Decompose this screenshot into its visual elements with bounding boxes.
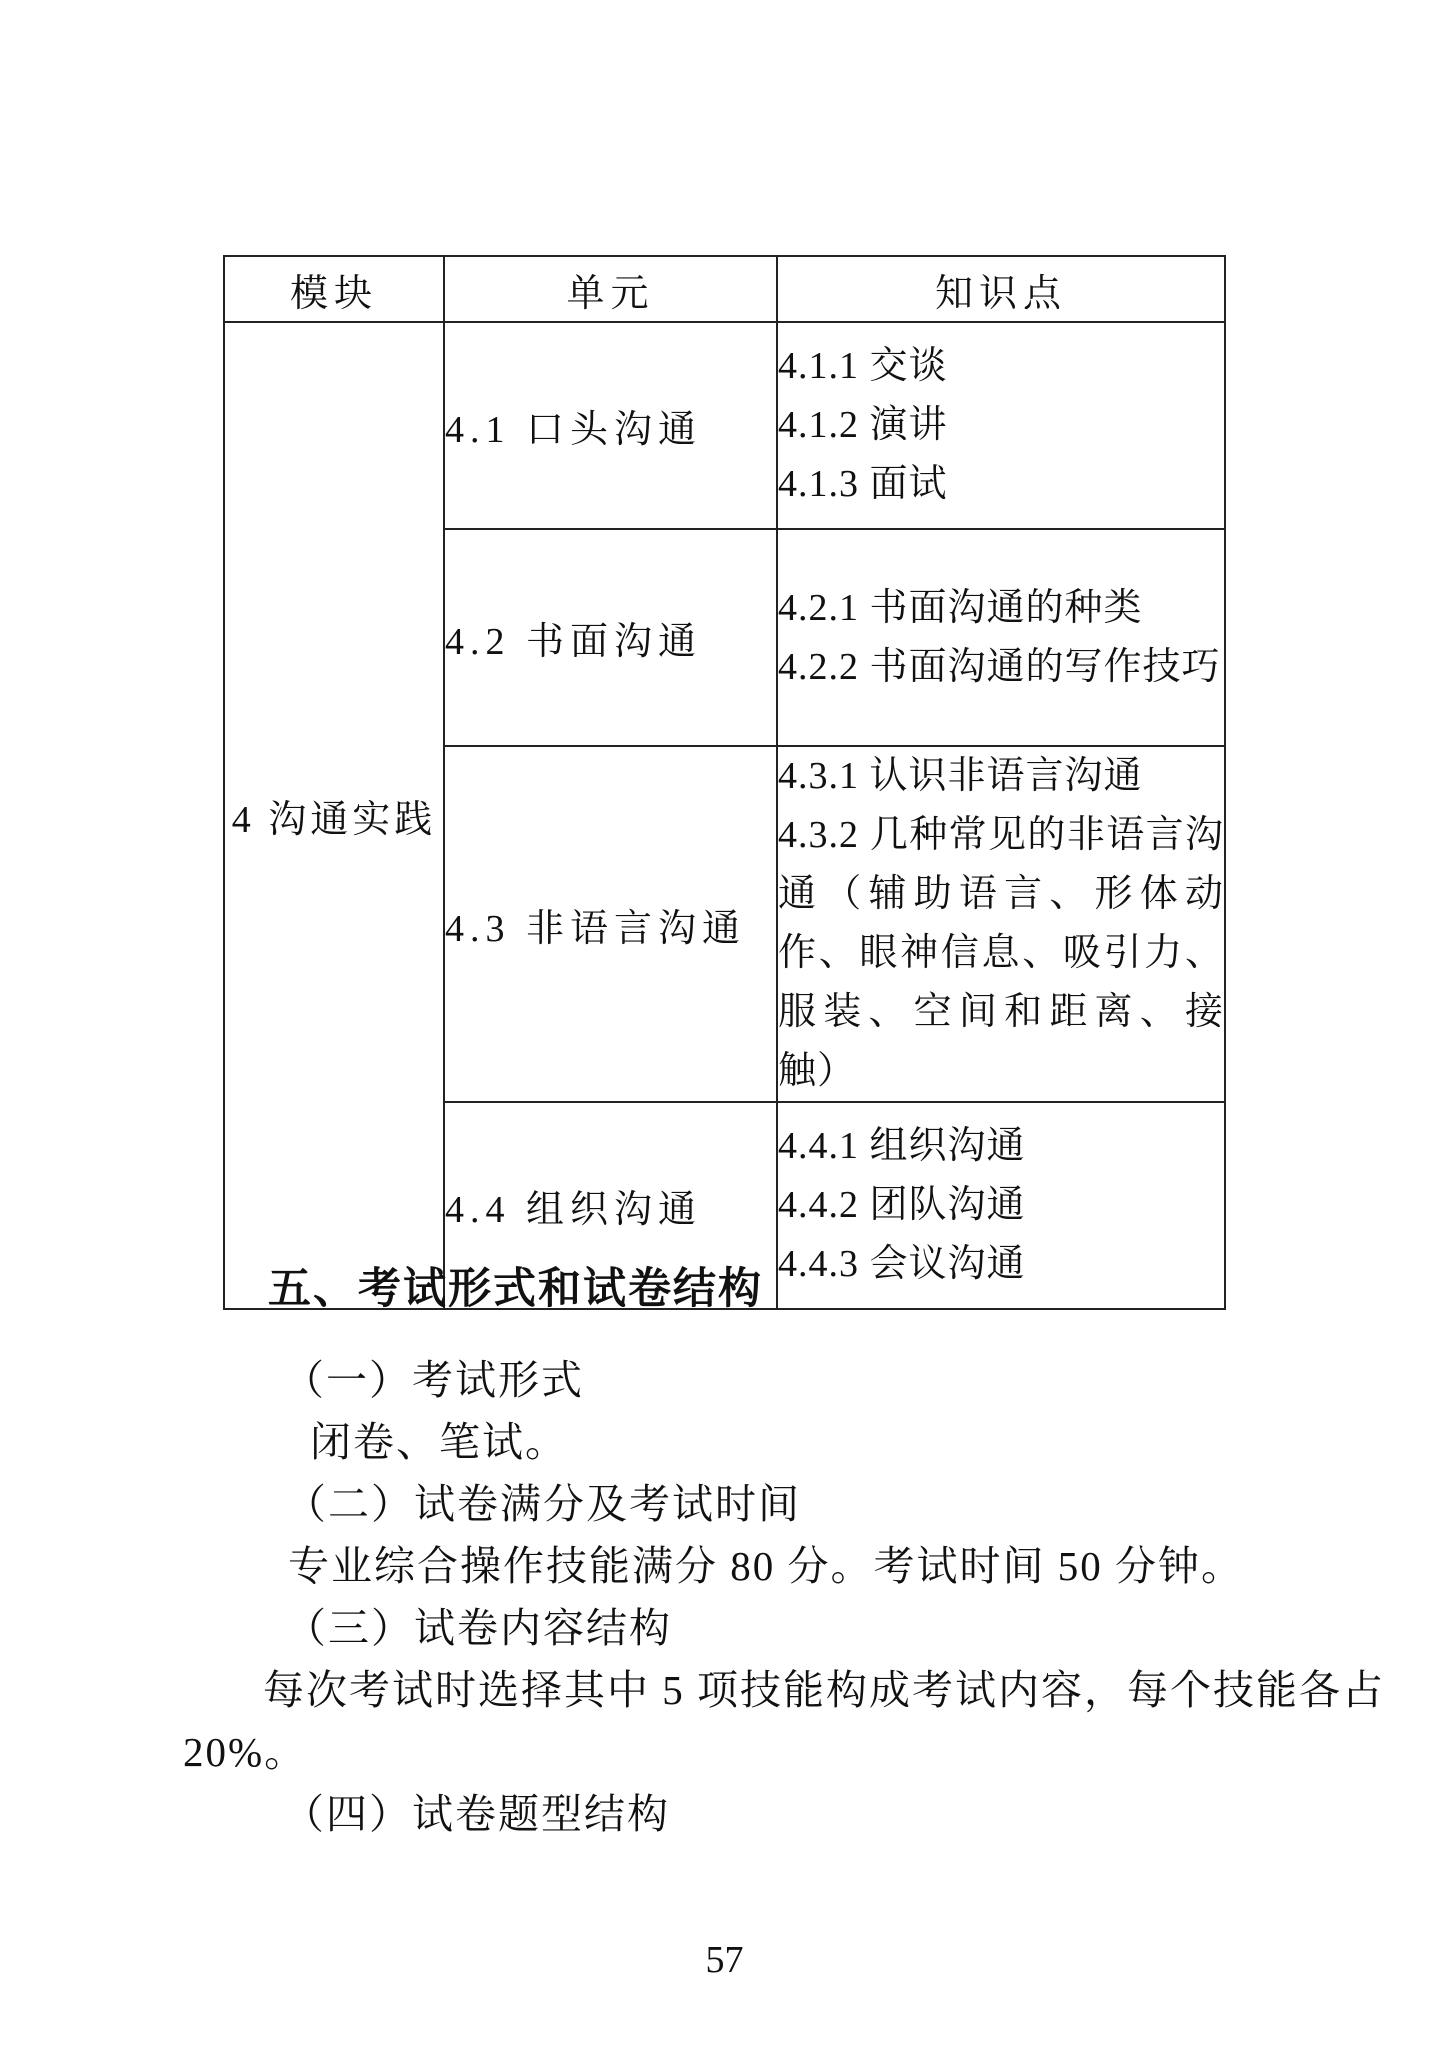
body-line: 专业综合操作技能满分 80 分。考试时间 50 分钟。 (288, 1541, 1244, 1591)
knowledge-cell: 4.4.1 组织沟通 4.4.2 团队沟通 4.4.3 会议沟通 (777, 1102, 1225, 1309)
document-page: 模块 单元 知识点 4 沟通实践 4.1 口头沟通 4.1.1 交谈 4.1.2… (0, 0, 1449, 2048)
subsection-label: （一）考试形式 (283, 1355, 584, 1405)
col-header-module: 模块 (224, 256, 444, 322)
module-cell: 4 沟通实践 (224, 322, 444, 1309)
subsection-label: （二）试卷满分及考试时间 (285, 1479, 801, 1529)
unit-cell: 4.1 口头沟通 (444, 322, 777, 529)
unit-cell: 4.3 非语言沟通 (444, 746, 777, 1102)
knowledge-cell: 4.1.1 交谈 4.1.2 演讲 4.1.3 面试 (777, 322, 1225, 529)
knowledge-point: 4.1.1 交谈 (778, 337, 1224, 396)
body-line: 闭卷、笔试。 (310, 1417, 568, 1467)
subsection-label: （四）试卷题型结构 (283, 1789, 670, 1839)
knowledge-point: 4.3.1 认识非语言沟通 (778, 747, 1224, 806)
knowledge-point: 4.2.2 书面沟通的写作技巧 (778, 638, 1224, 697)
knowledge-point: 4.4.2 团队沟通 (778, 1176, 1224, 1235)
knowledge-point: 4.4.3 会议沟通 (778, 1235, 1224, 1294)
body-line: 每次考试时选择其中 5 项技能构成考试内容，每个技能各占 (263, 1665, 1385, 1715)
unit-cell: 4.2 书面沟通 (444, 529, 777, 746)
knowledge-point: 4.2.1 书面沟通的种类 (778, 579, 1224, 638)
knowledge-point: 4.1.2 演讲 (778, 396, 1224, 455)
knowledge-cell: 4.3.1 认识非语言沟通 4.3.2 几种常见的非语言沟通（辅助语言、形体动作… (777, 746, 1225, 1102)
knowledge-cell: 4.2.1 书面沟通的种类 4.2.2 书面沟通的写作技巧 (777, 529, 1225, 746)
table-header-row: 模块 单元 知识点 (224, 256, 1225, 322)
page-number: 57 (0, 1938, 1449, 1982)
knowledge-point: 4.1.3 面试 (778, 455, 1224, 514)
section-heading: 五、考试形式和试卷结构 (268, 1264, 763, 1314)
col-header-unit: 单元 (444, 256, 777, 322)
body-line: 20%。 (183, 1727, 307, 1777)
knowledge-point: 4.3.2 几种常见的非语言沟通（辅助语言、形体动作、眼神信息、吸引力、服装、空… (778, 806, 1224, 1101)
col-header-knowledge: 知识点 (777, 256, 1225, 322)
subsection-label: （三）试卷内容结构 (285, 1603, 672, 1653)
knowledge-point: 4.4.1 组织沟通 (778, 1117, 1224, 1176)
table-row: 4 沟通实践 4.1 口头沟通 4.1.1 交谈 4.1.2 演讲 4.1.3 … (224, 322, 1225, 529)
knowledge-table: 模块 单元 知识点 4 沟通实践 4.1 口头沟通 4.1.1 交谈 4.1.2… (223, 255, 1226, 1310)
